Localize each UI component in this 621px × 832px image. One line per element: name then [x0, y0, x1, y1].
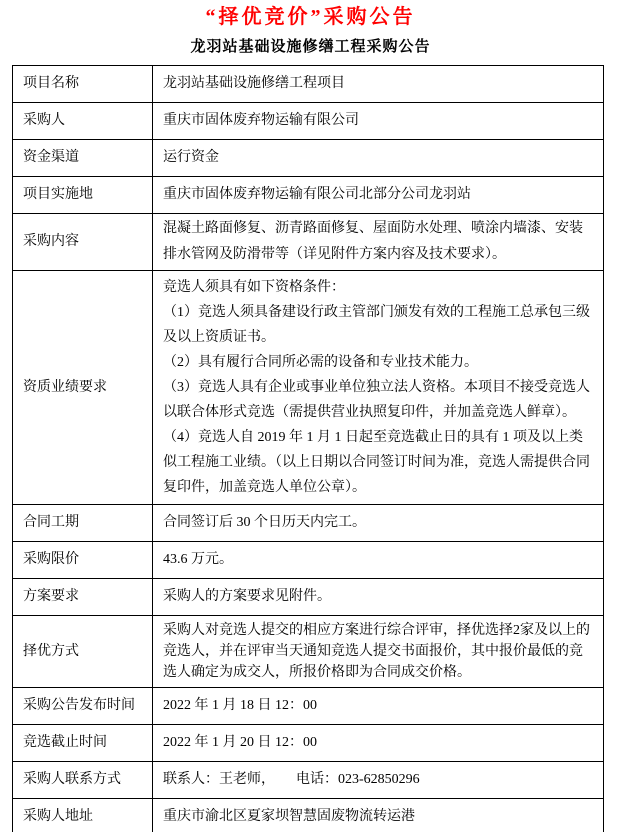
row-label: 采购人联系方式 [13, 762, 153, 799]
row-content: 运行资金 [153, 140, 604, 177]
row-label: 采购公告发布时间 [13, 688, 153, 725]
row-label: 资质业绩要求 [13, 271, 153, 505]
row-content: 重庆市渝北区夏家坝智慧固废物流转运港 [153, 799, 604, 832]
row-purchaser-address: 采购人地址 重庆市渝北区夏家坝智慧固废物流转运港 [13, 799, 604, 832]
announcement-table: 项目名称 龙羽站基础设施修缮工程项目 采购人 重庆市固体废弃物运输有限公司 资金… [12, 65, 604, 832]
row-label: 项目名称 [13, 66, 153, 103]
row-procurement-content: 采购内容 混凝土路面修复、沥青路面修复、屋面防水处理、喷涂内墙漆、安装排水管网及… [13, 214, 604, 271]
row-implementation-site: 项目实施地 重庆市固体废弃物运输有限公司北部分公司龙羽站 [13, 177, 604, 214]
row-content: 合同签订后 30 个日历天内完工。 [153, 505, 604, 542]
row-label: 采购限价 [13, 542, 153, 579]
row-content: 43.6 万元。 [153, 542, 604, 579]
row-purchaser-contact: 采购人联系方式 联系人：王老师， 电话：023-62850296 [13, 762, 604, 799]
row-project-name: 项目名称 龙羽站基础设施修缮工程项目 [13, 66, 604, 103]
row-label: 资金渠道 [13, 140, 153, 177]
row-label: 方案要求 [13, 579, 153, 616]
row-label: 采购内容 [13, 214, 153, 271]
page-title: “择优竞价”采购公告 [0, 5, 621, 29]
row-content: 采购人的方案要求见附件。 [153, 579, 604, 616]
row-bidding-deadline: 竞选截止时间 2022 年 1 月 20 日 12：00 [13, 725, 604, 762]
row-announcement-publish-time: 采购公告发布时间 2022 年 1 月 18 日 12：00 [13, 688, 604, 725]
row-price-limit: 采购限价 43.6 万元。 [13, 542, 604, 579]
row-content: 联系人：王老师， 电话：023-62850296 [153, 762, 604, 799]
row-label: 采购人 [13, 103, 153, 140]
row-content: 混凝土路面修复、沥青路面修复、屋面防水处理、喷涂内墙漆、安装排水管网及防滑带等（… [153, 214, 604, 271]
row-contract-duration: 合同工期 合同签订后 30 个日历天内完工。 [13, 505, 604, 542]
row-content: 2022 年 1 月 18 日 12：00 [153, 688, 604, 725]
row-content: 重庆市固体废弃物运输有限公司北部分公司龙羽站 [153, 177, 604, 214]
document-page: “择优竞价”采购公告 龙羽站基础设施修缮工程采购公告 项目名称 龙羽站基础设施修… [0, 0, 621, 832]
row-label: 采购人地址 [13, 799, 153, 832]
row-label: 合同工期 [13, 505, 153, 542]
row-qualification-requirements: 资质业绩要求 竞选人须具有如下资格条件： （1）竞选人须具备建设行政主管部门颁发… [13, 271, 604, 505]
row-content: 龙羽站基础设施修缮工程项目 [153, 66, 604, 103]
row-content: 采购人对竞选人提交的相应方案进行综合评审，择优选择2家及以上的竞选人，并在评审当… [153, 616, 604, 688]
row-selection-method: 择优方式 采购人对竞选人提交的相应方案进行综合评审，择优选择2家及以上的竞选人，… [13, 616, 604, 688]
page-subtitle: 龙羽站基础设施修缮工程采购公告 [0, 38, 621, 57]
row-label: 择优方式 [13, 616, 153, 688]
row-content: 竞选人须具有如下资格条件： （1）竞选人须具备建设行政主管部门颁发有效的工程施工… [153, 271, 604, 505]
row-content: 2022 年 1 月 20 日 12：00 [153, 725, 604, 762]
row-label: 竞选截止时间 [13, 725, 153, 762]
row-purchaser: 采购人 重庆市固体废弃物运输有限公司 [13, 103, 604, 140]
row-content: 重庆市固体废弃物运输有限公司 [153, 103, 604, 140]
row-label: 项目实施地 [13, 177, 153, 214]
row-funding-channel: 资金渠道 运行资金 [13, 140, 604, 177]
row-proposal-requirements: 方案要求 采购人的方案要求见附件。 [13, 579, 604, 616]
